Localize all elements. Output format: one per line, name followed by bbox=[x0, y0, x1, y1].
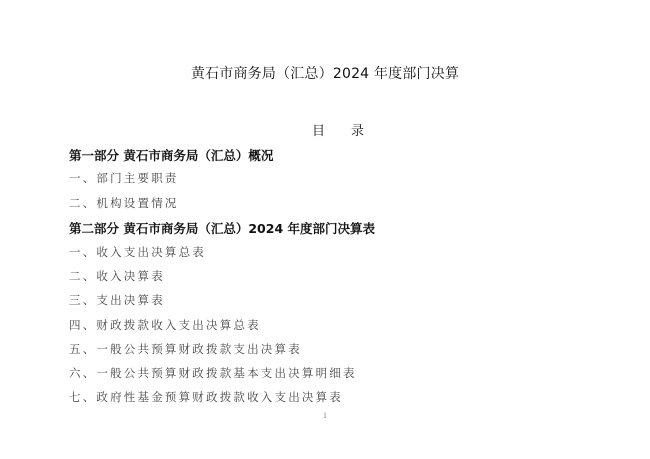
toc-heading-left: 目 bbox=[312, 124, 325, 139]
toc-item: 二、收入决算表 bbox=[69, 268, 165, 284]
toc-heading-right: 录 bbox=[351, 124, 364, 139]
toc-item: 五、一般公共预算财政拨款支出决算表 bbox=[69, 341, 302, 357]
toc-item: 一、收入支出决算总表 bbox=[69, 244, 206, 260]
page-number: 1 bbox=[323, 411, 327, 420]
toc-item: 四、财政拨款收入支出决算总表 bbox=[69, 317, 261, 333]
section-title-part-1: 第一部分 黄石市商务局（汇总）概况 bbox=[69, 146, 273, 164]
document-title: 黄石市商务局（汇总）2024 年度部门决算 bbox=[0, 63, 650, 83]
toc-item: 二、机构设置情况 bbox=[69, 195, 179, 211]
toc-item: 七、政府性基金预算财政拨款收入支出决算表 bbox=[69, 389, 343, 405]
toc-item: 一、部门主要职责 bbox=[69, 170, 179, 186]
toc-heading: 目录 bbox=[312, 120, 364, 139]
toc-item: 六、一般公共预算财政拨款基本支出决算明细表 bbox=[69, 365, 357, 381]
document-page: 黄石市商务局（汇总）2024 年度部门决算 目录 第一部分 黄石市商务局（汇总）… bbox=[0, 0, 650, 459]
toc-item: 三、支出决算表 bbox=[69, 292, 165, 308]
section-title-part-2: 第二部分 黄石市商务局（汇总）2024 年度部门决算表 bbox=[69, 219, 375, 237]
